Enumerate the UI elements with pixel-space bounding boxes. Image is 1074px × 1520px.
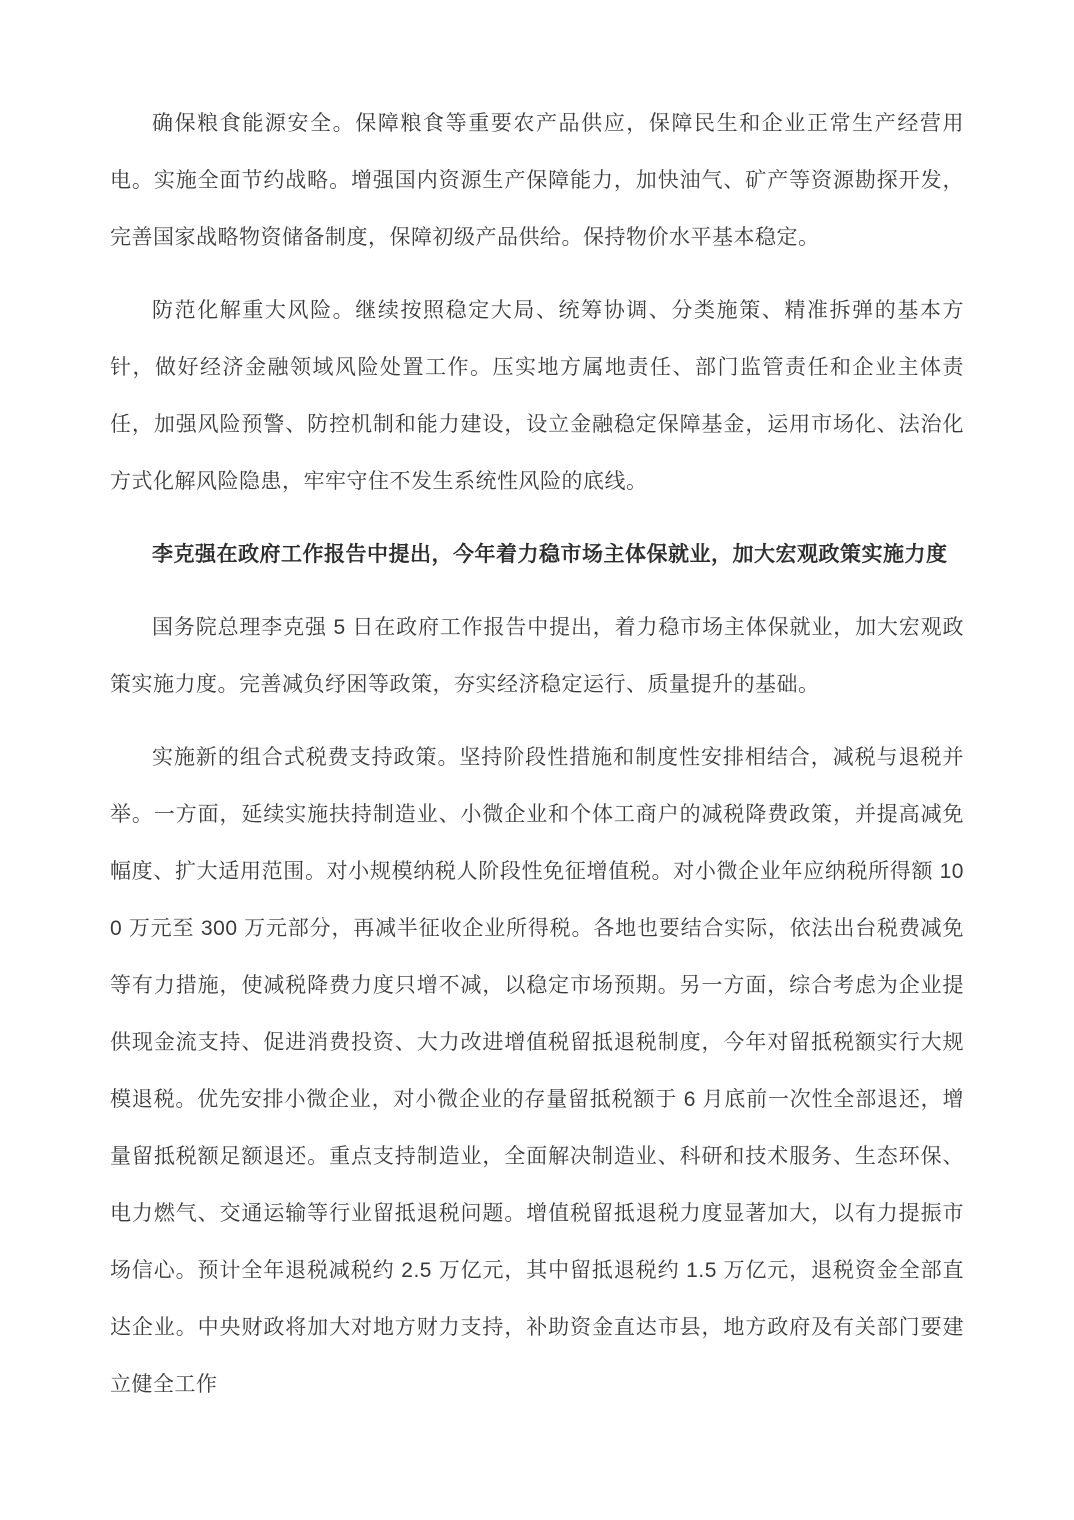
document-page: 确保粮食能源安全。保障粮食等重要农产品供应，保障民生和企业正常生产经营用电。实施… [0, 0, 1074, 1520]
paragraph-tax-policy: 实施新的组合式税费支持政策。坚持阶段性措施和制度性安排相结合，减税与退税并举。一… [110, 729, 964, 1413]
paragraph-risk-prevention: 防范化解重大风险。继续按照稳定大局、统筹协调、分类施策、精准拆弹的基本方针，做好… [110, 282, 964, 510]
section-heading-work-report: 李克强在政府工作报告中提出，今年着力稳市场主体保就业，加大宏观政策实施力度 [110, 526, 964, 583]
paragraph-grain-energy-security: 确保粮食能源安全。保障粮食等重要农产品供应，保障民生和企业正常生产经营用电。实施… [110, 95, 964, 266]
paragraph-premier-statement: 国务院总理李克强 5 日在政府工作报告中提出，着力稳市场主体保就业，加大宏观政策… [110, 599, 964, 713]
